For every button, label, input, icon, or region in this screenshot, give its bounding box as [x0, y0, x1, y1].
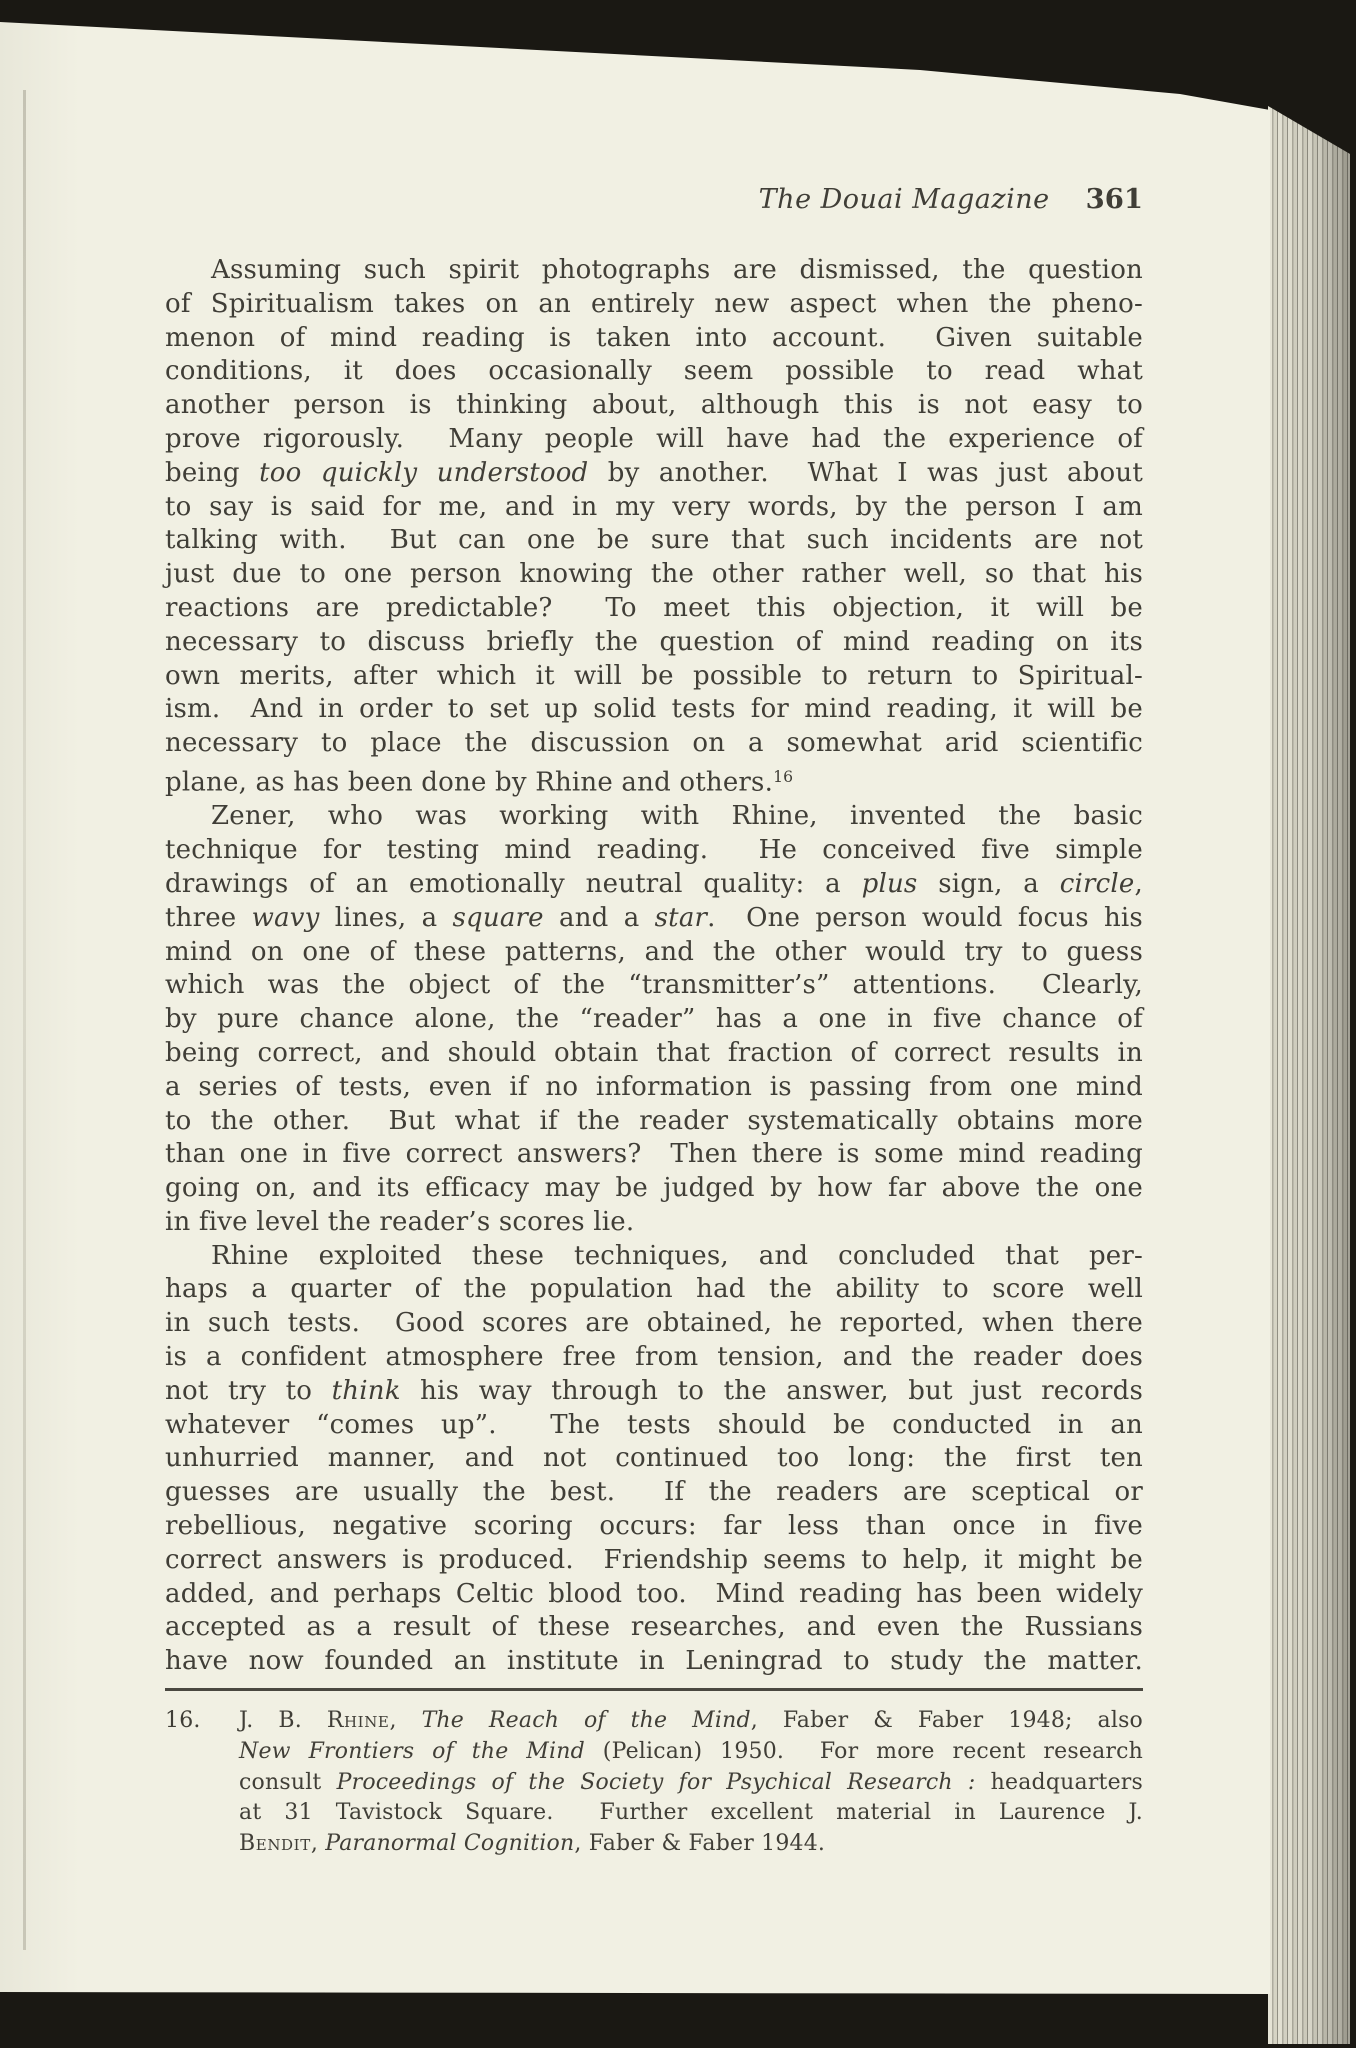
text-line: Bendit, Paranormal Cognition, Faber & Fa… [239, 1829, 1143, 1860]
text-line: have now founded an institute in Leningr… [165, 1645, 1143, 1679]
text-line: another person is thinking about, althou… [165, 389, 1143, 423]
text-line: J. B. Rhine, The Reach of the Mind, Fabe… [239, 1706, 1143, 1737]
text-line: talking with. But can one be sure that s… [165, 524, 1143, 558]
text-segment: and a [544, 903, 655, 933]
text-line: reactions are predictable? To meet this … [165, 592, 1143, 626]
text-line: rebellious, negative scoring occurs: far… [165, 1510, 1143, 1544]
text-line: added, and perhaps Celtic blood too. Min… [165, 1578, 1143, 1612]
text-segment: of Spiritualism takes on an entirely new… [165, 289, 1143, 319]
text-line: than one in five correct answers? Then t… [165, 1138, 1143, 1172]
text-segment: consult [239, 1770, 337, 1795]
text-segment: whatever “comes up”. The tests should be… [165, 1410, 1143, 1440]
text-segment: think [332, 1376, 401, 1406]
book-page: The Douai Magazine 361 Assuming such spi… [0, 0, 1270, 2004]
text-line: a series of tests, even if no informatio… [165, 1071, 1143, 1105]
text-segment: in such tests. Good scores are obtained,… [165, 1308, 1143, 1338]
page-edges-shading [1268, 100, 1350, 2044]
text-segment: circle [1060, 869, 1135, 899]
text-segment: to the other. But what if the reader sys… [165, 1106, 1143, 1136]
footnote-rule [165, 1688, 1143, 1691]
footnote-text: J. B. Rhine, The Reach of the Mind, Fabe… [165, 1706, 1143, 1860]
text-segment: going on, and its efficacy may be judged… [165, 1173, 1143, 1203]
text-line: necessary to place the discussion on a s… [165, 727, 1143, 761]
text-line: haps a quarter of the population had the… [165, 1273, 1143, 1307]
text-segment: reactions are predictable? To meet this … [165, 593, 1143, 623]
text-line: just due to one person knowing the other… [165, 558, 1143, 592]
text-line: consult Proceedings of the Society for P… [239, 1768, 1143, 1799]
text-segment: 16 [773, 768, 793, 786]
footnote: 16. J. B. Rhine, The Reach of the Mind, … [165, 1706, 1143, 1860]
text-line: in five level the reader’s scores lie. [165, 1206, 1143, 1240]
text-line: accepted as a result of these researches… [165, 1611, 1143, 1645]
text-segment: necessary to discuss briefly the questio… [165, 627, 1143, 657]
text-segment: Paranormal Cognition [325, 1831, 574, 1856]
text-line: guesses are usually the best. If the rea… [165, 1476, 1143, 1510]
text-line: plane, as has been done by Rhine and oth… [165, 761, 1143, 800]
text-segment: drawings of an emotionally neutral quali… [165, 869, 862, 899]
text-segment: a series of tests, even if no informatio… [165, 1072, 1143, 1102]
text-segment: Assuming such spirit photographs are dis… [211, 255, 1143, 285]
text-segment: New Frontiers of the Mind [239, 1739, 585, 1764]
text-line: of Spiritualism takes on an entirely new… [165, 288, 1143, 322]
text-segment: to say is said for me, and in my very wo… [165, 492, 1143, 522]
article-body: Assuming such spirit photographs are dis… [165, 254, 1143, 1679]
running-header: The Douai Magazine 361 [165, 183, 1143, 215]
text-segment: added, and perhaps Celtic blood too. Min… [165, 1579, 1143, 1609]
text-segment: (Pelican) 1950. For more recent research [585, 1739, 1143, 1764]
text-segment: wavy [252, 903, 320, 933]
text-line: Zener, who was working with Rhine, inven… [165, 800, 1143, 834]
text-segment: Rhine exploited these techniques, and co… [211, 1241, 1143, 1271]
page-number: 361 [1086, 183, 1143, 215]
text-segment: ism. And in order to set up solid tests … [165, 694, 1143, 724]
text-segment: own merits, after which it will be possi… [165, 661, 1143, 691]
text-segment: Bendit [239, 1831, 311, 1856]
text-segment: Zener, who was working with Rhine, inven… [211, 801, 1143, 831]
text-segment: haps a quarter of the population had the… [165, 1274, 1143, 1304]
text-segment: mind on one of these patterns, and the o… [165, 937, 1143, 967]
text-segment: than one in five correct answers? Then t… [165, 1139, 1143, 1169]
text-line: correct answers is produced. Friendship … [165, 1544, 1143, 1578]
text-segment: conditions, it does occasionally seem po… [165, 356, 1143, 386]
text-line: drawings of an emotionally neutral quali… [165, 868, 1143, 902]
text-segment: not try to [165, 1376, 332, 1406]
page-edges [1268, 100, 1350, 2044]
text-line: at 31 Tavistock Square. Further excellen… [239, 1798, 1143, 1829]
text-line: mind on one of these patterns, and the o… [165, 936, 1143, 970]
text-segment: which was the object of the “transmitter… [165, 970, 1143, 1000]
text-line: technique for testing mind reading. He c… [165, 834, 1143, 868]
text-line: three wavy lines, a square and a star. O… [165, 902, 1143, 936]
text-segment: another person is thinking about, althou… [165, 390, 1143, 420]
text-segment: being [165, 458, 259, 488]
text-segment: three [165, 903, 252, 933]
text-segment: sign, a [917, 869, 1059, 899]
text-line: to say is said for me, and in my very wo… [165, 491, 1143, 525]
text-line: Rhine exploited these techniques, and co… [165, 1240, 1143, 1274]
text-segment: J. B. [239, 1708, 327, 1733]
text-segment: rebellious, negative scoring occurs: far… [165, 1511, 1143, 1541]
text-segment: is a confident atmosphere free from tens… [165, 1342, 1143, 1372]
text-segment: necessary to place the discussion on a s… [165, 728, 1143, 758]
text-line: menon of mind reading is taken into acco… [165, 322, 1143, 356]
text-segment: lines, a [320, 903, 453, 933]
text-segment: by pure chance alone, the “reader” has a… [165, 1004, 1143, 1034]
text-segment: , [311, 1831, 325, 1856]
text-segment: menon of mind reading is taken into acco… [165, 323, 1143, 353]
text-line: in such tests. Good scores are obtained,… [165, 1307, 1143, 1341]
text-segment: correct answers is produced. Friendship … [165, 1545, 1143, 1575]
text-segment: accepted as a result of these researches… [165, 1612, 1143, 1642]
text-segment: plus [862, 869, 918, 899]
text-segment: headquarters [976, 1770, 1143, 1795]
text-segment: . One person would focus his [707, 903, 1143, 933]
text-line: being correct, and should obtain that fr… [165, 1037, 1143, 1071]
text-line: own merits, after which it will be possi… [165, 660, 1143, 694]
text-segment: talking with. But can one be sure that s… [165, 525, 1143, 555]
text-line: which was the object of the “transmitter… [165, 969, 1143, 1003]
text-line: Assuming such spirit photographs are dis… [165, 254, 1143, 288]
text-line: is a confident atmosphere free from tens… [165, 1341, 1143, 1375]
text-segment: his way through to the answer, but just … [401, 1376, 1143, 1406]
text-segment: plane, as has been done by Rhine and oth… [165, 768, 773, 798]
text-segment: Proceedings of the Society for Psychical… [337, 1770, 976, 1795]
text-segment: at 31 Tavistock Square. Further excellen… [239, 1800, 1143, 1825]
text-segment: being correct, and should obtain that fr… [165, 1038, 1143, 1068]
footnote-marker: 16. [165, 1706, 201, 1737]
text-segment: , Faber & Faber 1944. [574, 1831, 825, 1856]
text-segment: , [1135, 869, 1143, 899]
text-line: being too quickly understood by another.… [165, 457, 1143, 491]
text-segment: by another. What I was just about [588, 458, 1143, 488]
text-segment: , Faber & Faber 1948; also [751, 1708, 1143, 1733]
text-segment: in five level the reader’s scores lie. [165, 1207, 634, 1237]
text-line: unhurried manner, and not continued too … [165, 1442, 1143, 1476]
text-line: New Frontiers of the Mind (Pelican) 1950… [239, 1737, 1143, 1768]
text-segment: just due to one person knowing the other… [165, 559, 1143, 589]
text-line: whatever “comes up”. The tests should be… [165, 1409, 1143, 1443]
text-segment: prove rigorously. Many people will have … [165, 424, 1143, 454]
text-line: conditions, it does occasionally seem po… [165, 355, 1143, 389]
text-segment: The Reach of the Mind [422, 1708, 751, 1733]
text-segment: too quickly understood [259, 458, 588, 488]
gutter-crease [23, 90, 26, 1950]
text-line: necessary to discuss briefly the questio… [165, 626, 1143, 660]
text-segment: technique for testing mind reading. He c… [165, 835, 1143, 865]
text-line: not try to think his way through to the … [165, 1375, 1143, 1409]
text-line: prove rigorously. Many people will have … [165, 423, 1143, 457]
text-line: ism. And in order to set up solid tests … [165, 693, 1143, 727]
text-segment: Rhine [327, 1708, 390, 1733]
text-line: by pure chance alone, the “reader” has a… [165, 1003, 1143, 1037]
magazine-title: The Douai Magazine [759, 184, 1050, 215]
text-segment: , [389, 1708, 421, 1733]
text-segment: unhurried manner, and not continued too … [165, 1443, 1143, 1473]
text-segment: star [655, 903, 708, 933]
text-line: going on, and its efficacy may be judged… [165, 1172, 1143, 1206]
text-segment: square [453, 903, 544, 933]
text-line: to the other. But what if the reader sys… [165, 1105, 1143, 1139]
text-segment: guesses are usually the best. If the rea… [165, 1477, 1143, 1507]
text-segment: have now founded an institute in Leningr… [165, 1646, 1143, 1676]
